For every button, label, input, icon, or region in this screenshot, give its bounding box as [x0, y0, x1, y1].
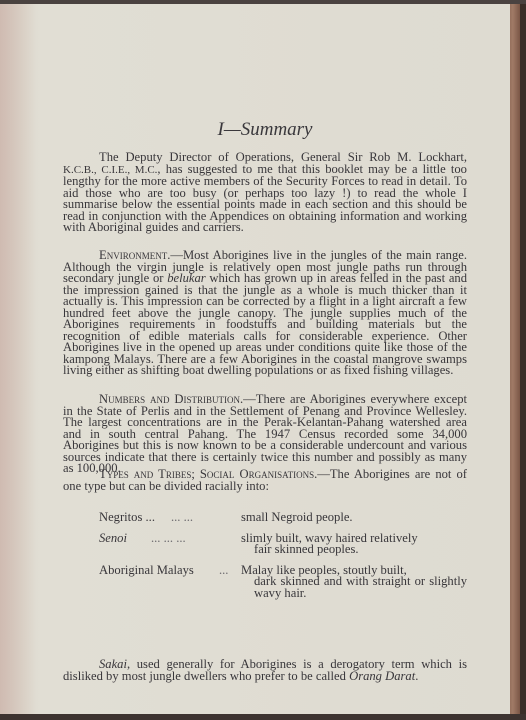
race-description: slimly built, wavy haired relativelyfair… — [241, 533, 467, 556]
race-row-aboriginal-malays: Aboriginal Malays ... Malay like peoples… — [63, 565, 467, 599]
race-leader-dots: ... ... ... — [151, 533, 186, 545]
scan-bottom-border — [0, 714, 526, 720]
race-row-senoi: Senoi ... ... ... slimly built, wavy hai… — [63, 533, 467, 556]
race-name: Aboriginal Malays — [99, 565, 194, 577]
race-row-negritos: Negritos ... ... ... small Negroid peopl… — [63, 512, 467, 524]
race-leader-dots: ... ... — [171, 512, 193, 524]
race-name: Negritos ... — [99, 512, 155, 524]
race-description: Malay like peoples, stoutly built,dark s… — [241, 565, 467, 600]
race-list: Negritos ... ... ... small Negroid peopl… — [63, 512, 467, 608]
gutter-shadow — [0, 4, 36, 714]
paragraph-sakai: Sakai, used generally for Aborigines is … — [63, 659, 467, 682]
paragraph-types: Types and Tribes; Social Organisations.—… — [63, 469, 467, 492]
race-name: Senoi — [99, 533, 127, 545]
race-description: small Negroid people. — [241, 512, 467, 524]
paragraph-summary: The Deputy Director of Operations, Gener… — [63, 152, 467, 234]
race-leader-dots: ... — [219, 565, 228, 577]
book-page: I—Summary The Deputy Director of Operati… — [0, 4, 510, 714]
paragraph-numbers: Numbers and Distribution.—There are Abor… — [63, 394, 467, 475]
section-title: I—Summary — [63, 120, 467, 140]
paragraph-environment: Environment.—Most Aborigines live in the… — [63, 250, 467, 377]
